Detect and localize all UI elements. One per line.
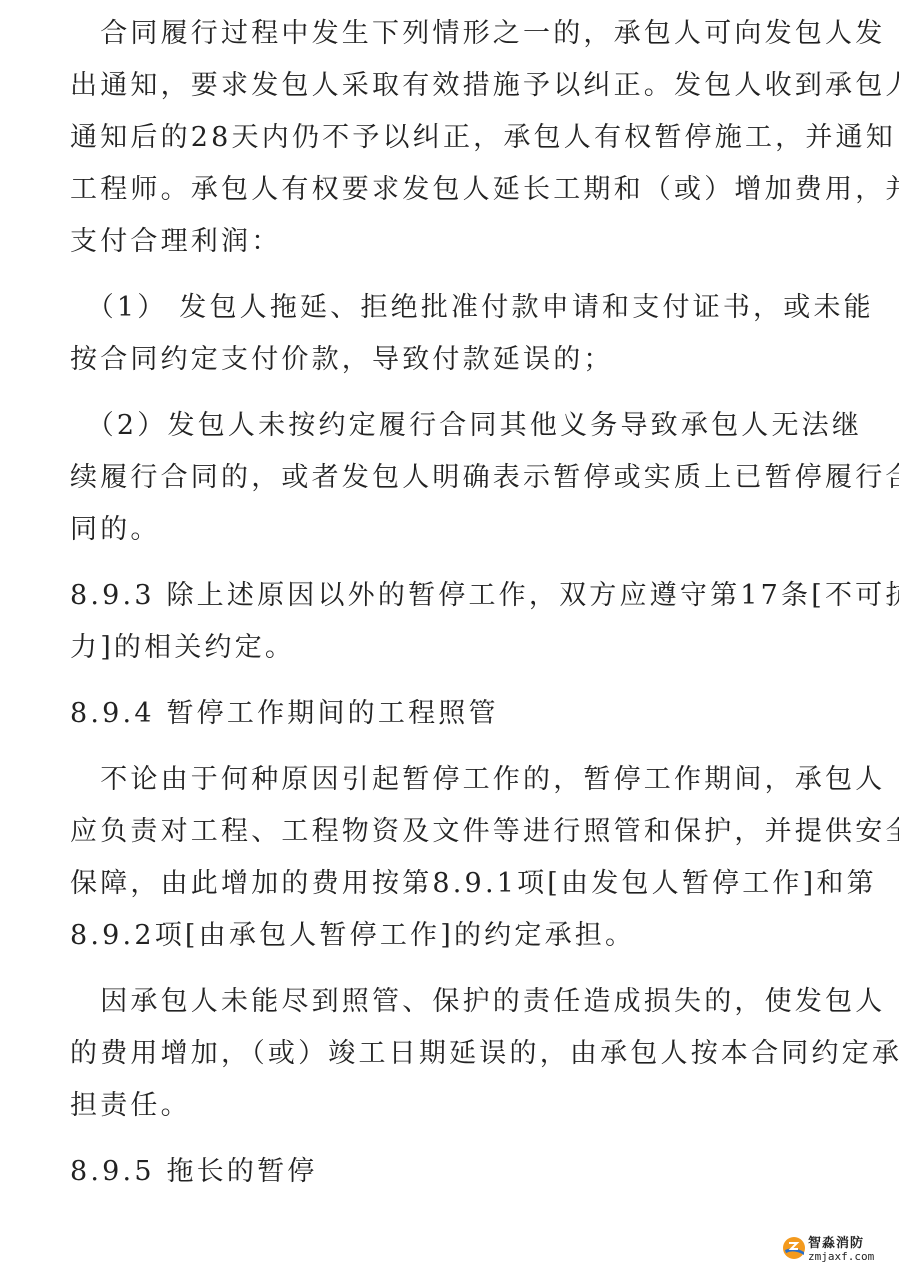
paragraph-line: 出通知，要求发包人采取有效措施予以纠正。发包人收到承包人	[70, 66, 899, 106]
list-item-line: 续履行合同的，或者发包人明确表示暂停或实质上已暂停履行合	[70, 458, 899, 498]
watermark: 智淼消防 zmjaxf.com	[782, 1232, 892, 1268]
paragraph-line: 担责任。	[70, 1086, 191, 1126]
paragraph-line: 支付合理利润：	[70, 222, 281, 262]
section-heading: 8.9.4 暂停工作期间的工程照管	[70, 694, 499, 734]
list-item-line: 按合同约定支付价款，导致付款延误的；	[70, 340, 614, 380]
watermark-name: 智淼消防	[808, 1232, 864, 1251]
paragraph-line: 的费用增加，（或）竣工日期延误的，由承包人按本合同约定承	[70, 1034, 899, 1074]
watermark-url: zmjaxf.com	[808, 1250, 874, 1263]
paragraph-line: 通知后的28天内仍不予以纠正，承包人有权暂停施工，并通知	[70, 118, 896, 158]
paragraph-line: 因承包人未能尽到照管、保护的责任造成损失的，使发包人	[70, 982, 885, 1022]
paragraph-line: 合同履行过程中发生下列情形之一的，承包人可向发包人发	[70, 14, 885, 54]
paragraph-line: 工程师。承包人有权要求发包人延长工期和（或）增加费用，并	[70, 170, 899, 210]
paragraph-line: 保障，由此增加的费用按第8.9.1项[由发包人暂停工作]和第	[70, 864, 877, 904]
zm-logo-icon	[782, 1236, 806, 1260]
paragraph-line: 8.9.2项[由承包人暂停工作]的约定承担。	[70, 916, 635, 956]
list-item-line: 同的。	[70, 510, 161, 550]
section-heading: 8.9.5 拖长的暂停	[70, 1152, 317, 1192]
list-item-line: （1） 发包人拖延、拒绝批准付款申请和支付证书，或未能	[70, 288, 874, 328]
list-item-line: （2）发包人未按约定履行合同其他义务导致承包人无法继	[70, 406, 862, 446]
paragraph-line: 应负责对工程、工程物资及文件等进行照管和保护，并提供安全	[70, 812, 899, 852]
paragraph-line: 不论由于何种原因引起暂停工作的，暂停工作期间，承包人	[70, 760, 885, 800]
clause-line: 8.9.3 除上述原因以外的暂停工作，双方应遵守第17条[不可抗	[70, 576, 899, 616]
clause-line: 力]的相关约定。	[70, 628, 295, 668]
